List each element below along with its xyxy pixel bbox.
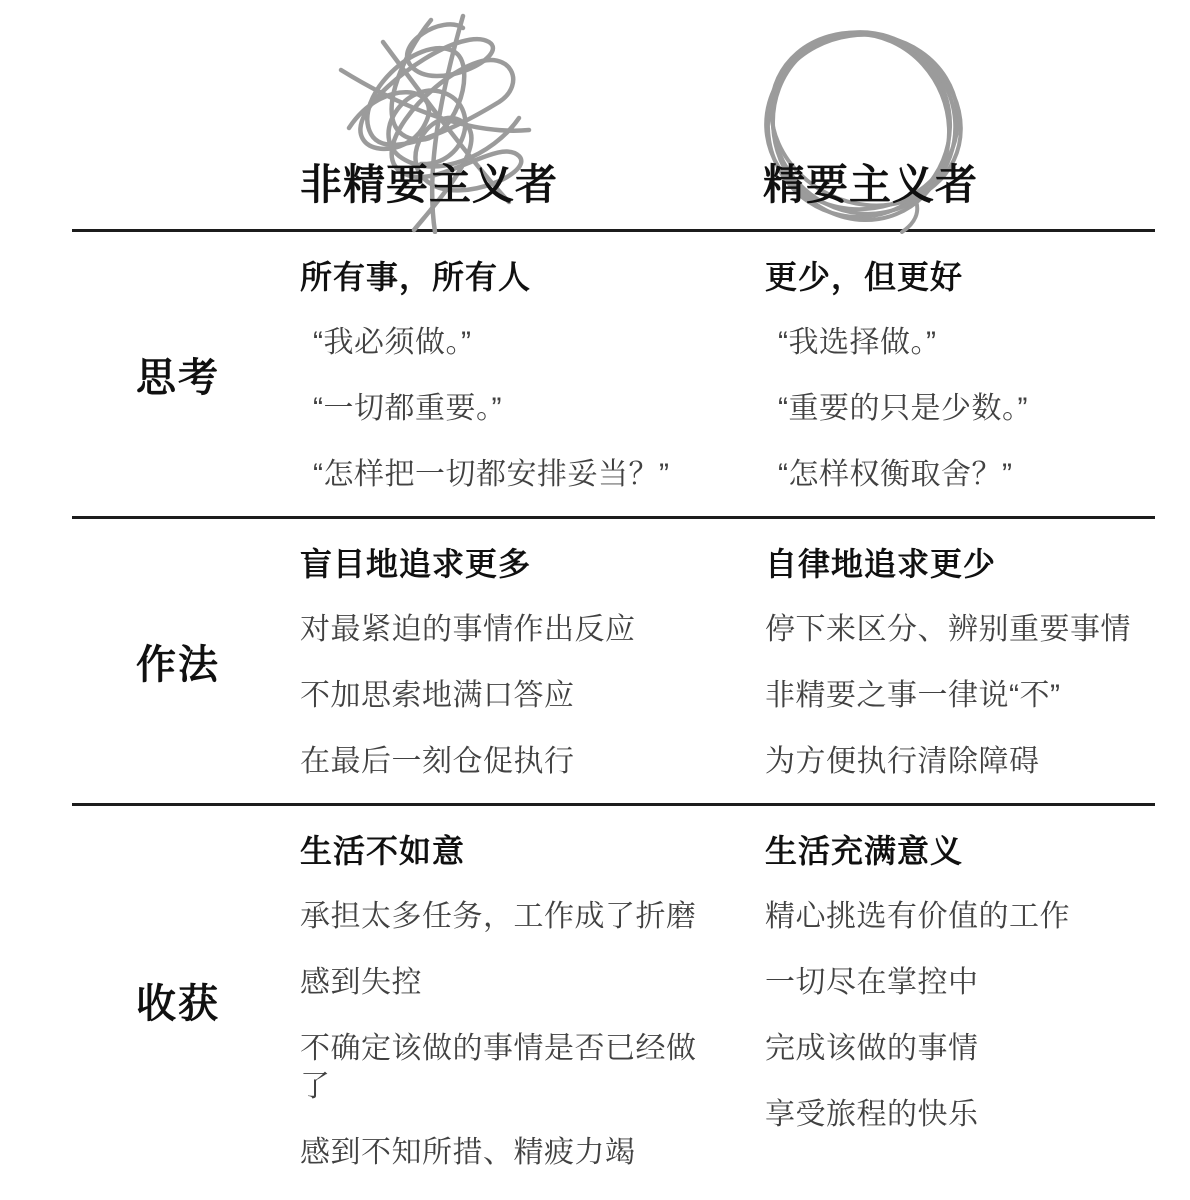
- cell-item: 完成该做的事情: [765, 1030, 1155, 1068]
- figure-header: 非精要主义者 精要主义者: [0, 0, 1190, 229]
- cell-item: 在最后一刻仓促执行: [300, 743, 702, 781]
- row-label-gets: 收获: [136, 972, 220, 1029]
- cell-item: “我选择做。”: [765, 324, 1155, 362]
- cell-item: 不加思索地满口答应: [300, 677, 702, 715]
- cell-item: “怎样把一切都安排妥当？”: [300, 456, 702, 494]
- row-gets: 收获 生活不如意 承担太多任务，工作成了折磨 感到失控 不确定该做的事情是否已经…: [72, 803, 1155, 1194]
- essentialism-comparison-figure: 非精要主义者 精要主义者 思考 所有事，所有人 “我必须做。” “一切都重要。”…: [0, 0, 1190, 1200]
- cell-item: “一切都重要。”: [300, 390, 702, 428]
- cell-item: 感到不知所措、精疲力竭: [300, 1134, 702, 1172]
- comparison-table: 思考 所有事，所有人 “我必须做。” “一切都重要。” “怎样把一切都安排妥当？…: [72, 229, 1155, 1194]
- cell-item: 感到失控: [300, 964, 702, 1002]
- does-nonessentialist-cell: 盲目地追求更多 对最紧迫的事情作出反应 不加思索地满口答应 在最后一刻仓促执行: [300, 519, 765, 803]
- thinks-essentialist-cell: 更少，但更好 “我选择做。” “重要的只是少数。” “怎样权衡取舍？”: [765, 232, 1155, 516]
- left-column-header: 非精要主义者: [300, 152, 558, 212]
- cell-item: 非精要之事一律说“不”: [765, 677, 1155, 715]
- cell-item: “怎样权衡取舍？”: [765, 456, 1155, 494]
- cell-item: “重要的只是少数。”: [765, 390, 1155, 428]
- cell-item: 享受旅程的快乐: [765, 1096, 1155, 1134]
- right-column-header: 精要主义者: [763, 152, 978, 212]
- cell-item: 停下来区分、辨别重要事情: [765, 611, 1155, 649]
- cell-item: 对最紧迫的事情作出反应: [300, 611, 702, 649]
- cell-title: 自律地追求更少: [765, 545, 1155, 583]
- gets-essentialist-cell: 生活充满意义 精心挑选有价值的工作 一切尽在掌控中 完成该做的事情 享受旅程的快…: [765, 806, 1155, 1194]
- does-essentialist-cell: 自律地追求更少 停下来区分、辨别重要事情 非精要之事一律说“不” 为方便执行清除…: [765, 519, 1155, 803]
- cell-item: 一切尽在掌控中: [765, 964, 1155, 1002]
- cell-title: 生活充满意义: [765, 832, 1155, 870]
- cell-item: 为方便执行清除障碍: [765, 743, 1155, 781]
- row-thinks: 思考 所有事，所有人 “我必须做。” “一切都重要。” “怎样把一切都安排妥当？…: [72, 229, 1155, 516]
- cell-title: 所有事，所有人: [300, 258, 702, 296]
- cell-title: 盲目地追求更多: [300, 545, 702, 583]
- row-label-does: 作法: [136, 633, 220, 690]
- row-does: 作法 盲目地追求更多 对最紧迫的事情作出反应 不加思索地满口答应 在最后一刻仓促…: [72, 516, 1155, 803]
- cell-item: 精心挑选有价值的工作: [765, 898, 1155, 936]
- cell-item: “我必须做。”: [300, 324, 702, 362]
- row-label-thinks: 思考: [136, 346, 220, 403]
- thinks-nonessentialist-cell: 所有事，所有人 “我必须做。” “一切都重要。” “怎样把一切都安排妥当？”: [300, 232, 765, 516]
- cell-title: 生活不如意: [300, 832, 702, 870]
- cell-item: 承担太多任务，工作成了折磨: [300, 898, 702, 936]
- gets-nonessentialist-cell: 生活不如意 承担太多任务，工作成了折磨 感到失控 不确定该做的事情是否已经做了 …: [300, 806, 765, 1194]
- cell-title: 更少，但更好: [765, 258, 1155, 296]
- cell-item: 不确定该做的事情是否已经做了: [300, 1030, 702, 1106]
